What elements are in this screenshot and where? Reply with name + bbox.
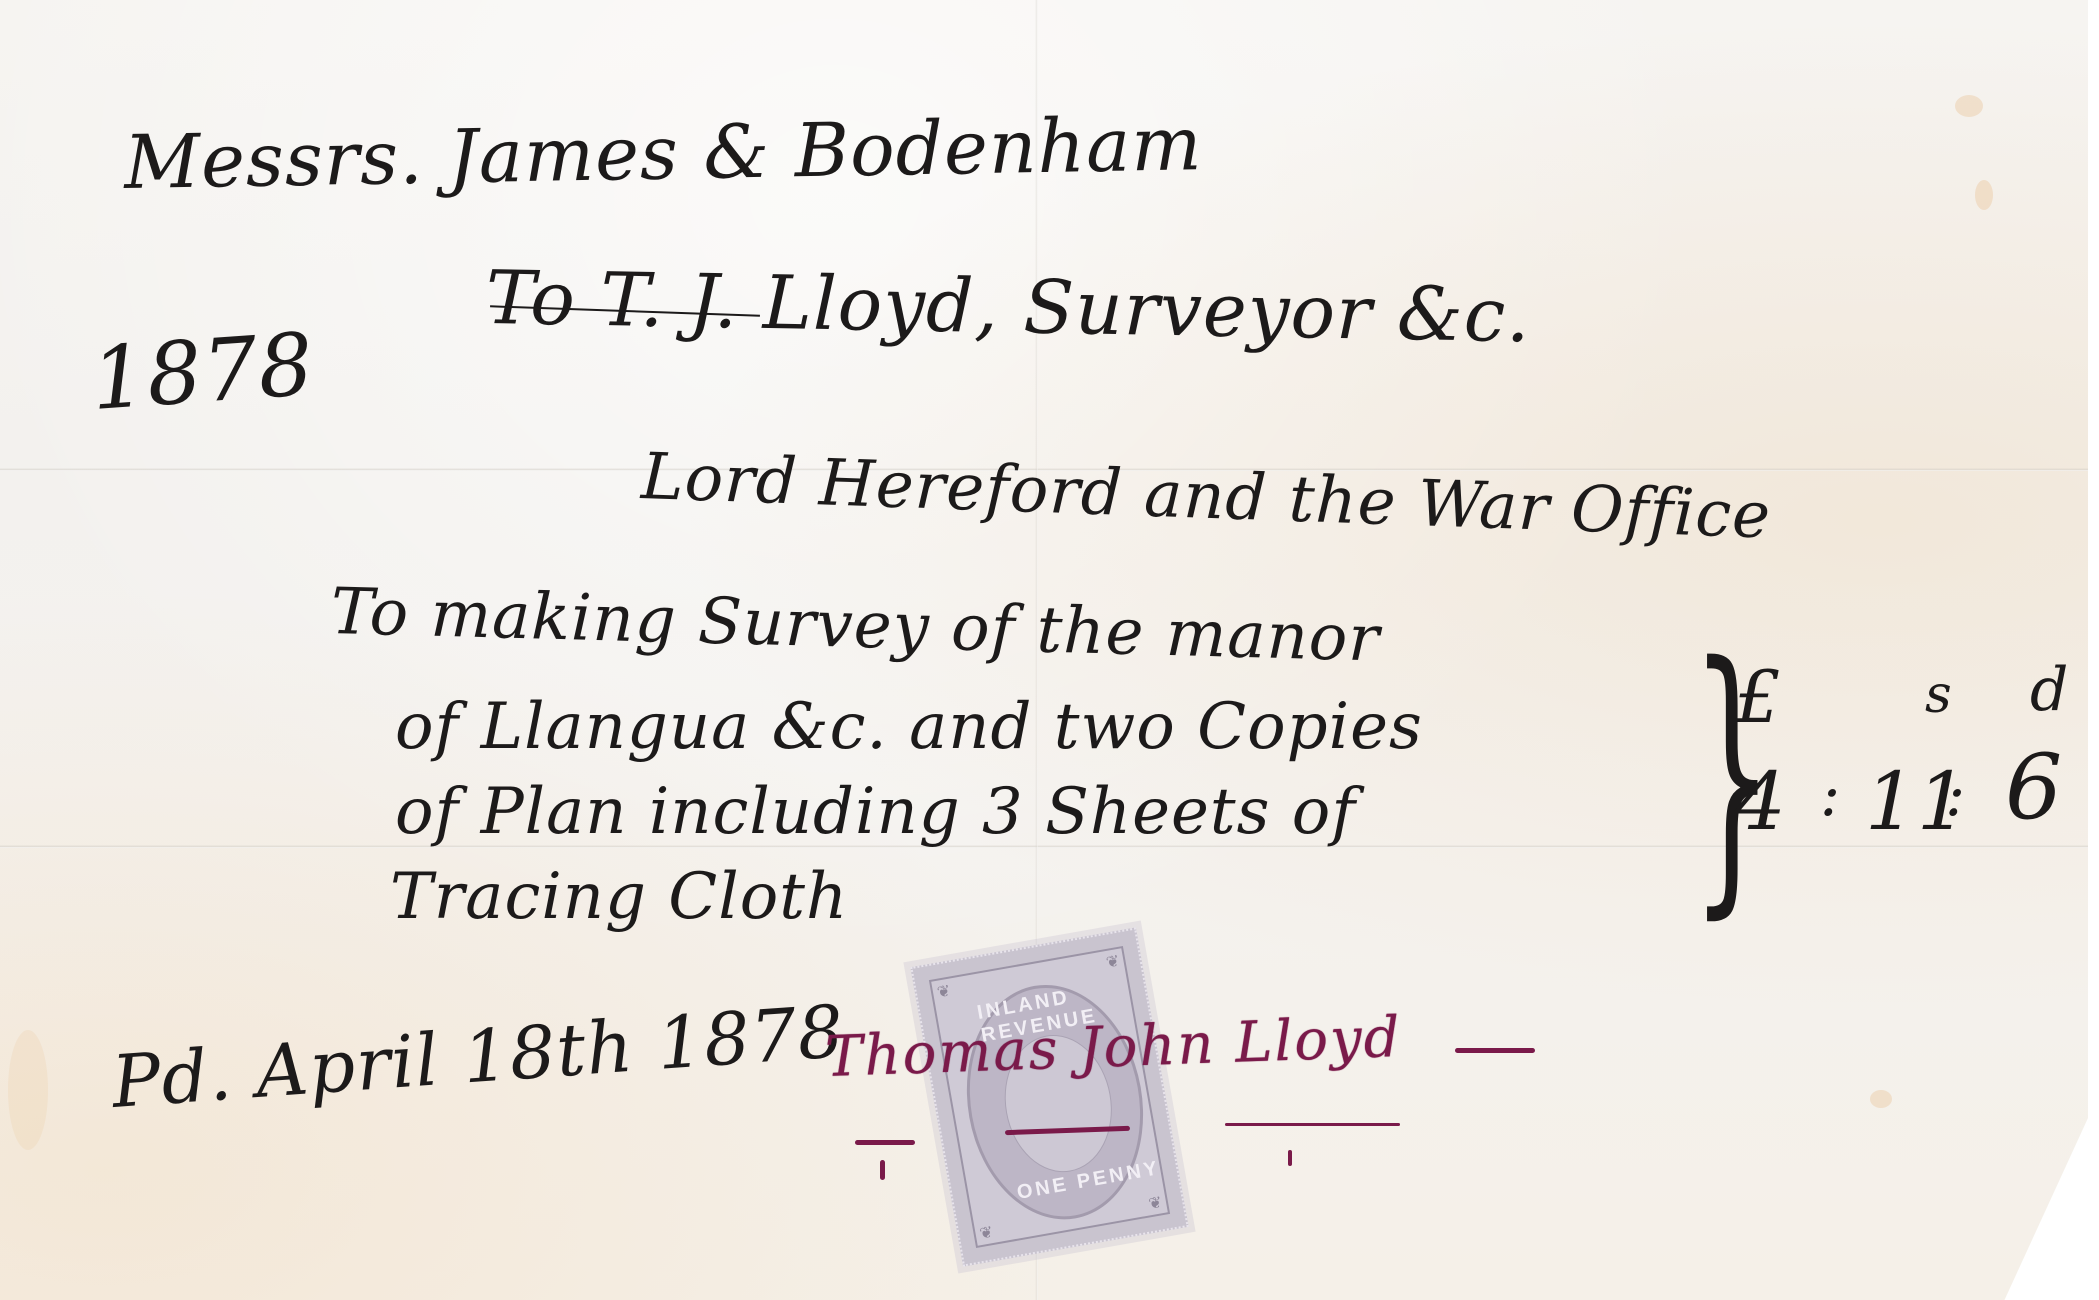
ink-mark xyxy=(1288,1150,1292,1166)
cancel-stroke xyxy=(1225,1123,1400,1126)
ink-mark xyxy=(880,1160,885,1180)
pounds-value: 4 xyxy=(1735,755,1787,848)
pence-header: d xyxy=(2030,655,2069,725)
year-margin: 1878 xyxy=(88,315,317,430)
separator: : xyxy=(1945,760,1966,830)
surveyor-line: To T. J. Lloyd, Surveyor &c. xyxy=(485,255,1532,359)
foxing-spot xyxy=(1975,180,1993,210)
item-line: Tracing Cloth xyxy=(390,860,848,934)
stamp-frame: ❦ ❦ ❦ ❦ INLAND REVENUE ONE PENNY xyxy=(929,946,1170,1248)
foxing-spot xyxy=(1870,1090,1892,1108)
shillings-header: s xyxy=(1925,665,1953,725)
stamp-corner-ornament-icon: ❦ xyxy=(935,981,952,1002)
item-line: To making Survey of the manor xyxy=(330,575,1381,676)
cancel-stroke xyxy=(855,1140,915,1145)
paper-document: Messrs. James & Bodenham To T. J. Lloyd,… xyxy=(0,0,2088,1300)
signature: Thomas John Lloyd xyxy=(824,1005,1402,1090)
pence-value: 6 xyxy=(2005,735,2063,840)
signature-flourish xyxy=(1455,1048,1535,1053)
stamp-corner-ornament-icon: ❦ xyxy=(1104,951,1121,972)
stamp-corner-ornament-icon: ❦ xyxy=(1147,1192,1164,1213)
pounds-header: £ xyxy=(1735,655,1782,739)
separator: : xyxy=(1820,760,1841,830)
paid-date-line: Pd. April 18th 1878 xyxy=(109,989,847,1124)
foxing-spot xyxy=(1955,95,1983,117)
item-line: of Llangua &c. and two Copies xyxy=(395,690,1423,764)
stamp-corner-ornament-icon: ❦ xyxy=(978,1222,995,1243)
subject-line: Lord Hereford and the War Office xyxy=(640,440,1772,553)
foxing-spot xyxy=(8,1030,48,1150)
addressee-line: Messrs. James & Bodenham xyxy=(123,101,1203,206)
revenue-stamp: ❦ ❦ ❦ ❦ INLAND REVENUE ONE PENNY xyxy=(910,927,1188,1266)
item-line: of Plan including 3 Sheets of xyxy=(395,775,1356,849)
